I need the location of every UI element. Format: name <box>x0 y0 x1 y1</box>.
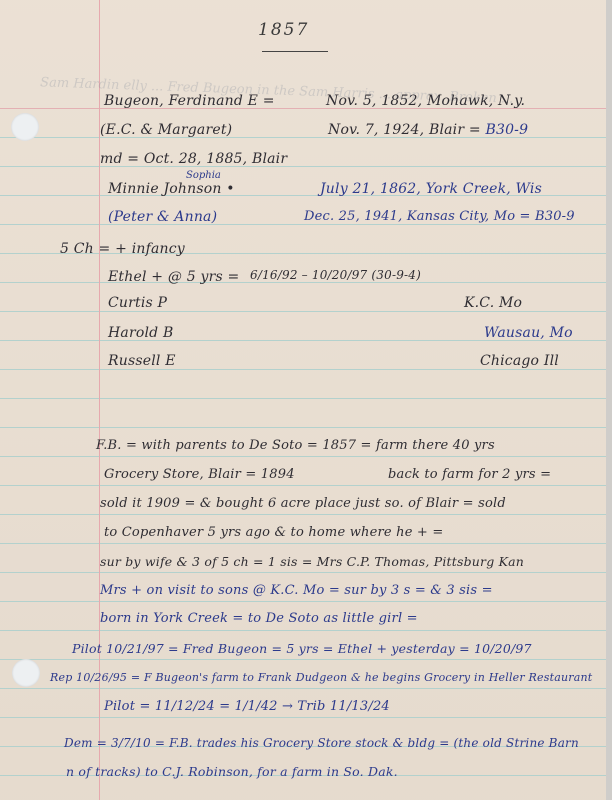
punch-hole-top <box>11 113 39 141</box>
ruled-line <box>0 398 606 399</box>
scan-edge <box>606 0 612 800</box>
child-name: Harold B <box>108 324 173 342</box>
husband-death-text: Nov. 7, 1924, Blair = <box>328 122 481 138</box>
wife-parents: (Peter & Anna) <box>108 208 217 226</box>
ruled-line <box>0 485 606 486</box>
marriage: md = Oct. 28, 1885, Blair <box>100 150 287 168</box>
wife-birth: July 21, 1862, York Creek, Wis <box>320 180 542 198</box>
wife-surname: Johnson • <box>163 181 234 197</box>
children-header: 5 Ch = + infancy <box>60 240 185 258</box>
ruled-line <box>0 717 606 718</box>
narrative-line: born in York Creek = to De Soto as littl… <box>100 610 418 628</box>
narrative-line: back to farm for 2 yrs = <box>388 466 551 484</box>
page-title: 1857 <box>258 20 309 40</box>
note-line: Dem = 3/7/10 = F.B. trades his Grocery S… <box>64 734 579 752</box>
child-name: Russell E <box>108 352 176 370</box>
child-name: Ethel + @ 5 yrs = <box>108 268 239 286</box>
narrative-line: F.B. = with parents to De Soto = 1857 = … <box>96 437 495 455</box>
child-place: Wausau, Mo <box>484 324 573 342</box>
child-place: K.C. Mo <box>464 294 522 312</box>
husband-name: Bugeon, Ferdinand E = <box>104 92 275 110</box>
ruled-line <box>0 630 606 631</box>
narrative-line: Mrs + on visit to sons @ K.C. Mo = sur b… <box>100 582 493 600</box>
note-line: Pilot = 11/12/24 = 1/1/42 → Trib 11/13/2… <box>104 698 390 716</box>
note-line: n of tracks) to C.J. Robinson, for a far… <box>66 763 398 781</box>
husband-parents: (E.C. & Margaret) <box>100 121 232 139</box>
ruled-line <box>0 572 606 573</box>
punch-hole-bottom <box>12 659 40 687</box>
ruled-line <box>0 427 606 428</box>
child-place: Chicago Ill <box>480 352 559 370</box>
ruled-line <box>0 601 606 602</box>
ruled-line <box>0 166 606 167</box>
ruled-line <box>0 659 606 660</box>
ruled-line <box>0 514 606 515</box>
child-name: Curtis P <box>108 294 167 312</box>
notebook-page: 1857 Sam Hardin elly ... Fred Bugeon in … <box>0 0 606 800</box>
wife-name: Minnie Johnson • <box>108 180 235 198</box>
narrative-line: Grocery Store, Blair = 1894 <box>104 466 295 484</box>
ruled-line <box>0 543 606 544</box>
note-line: Pilot 10/21/97 = Fred Bugeon = 5 yrs = E… <box>72 640 532 658</box>
wife-first-name: Minnie <box>108 181 159 197</box>
ruled-line <box>0 688 606 689</box>
narrative-line: sold it 1909 = & bought 6 acre place jus… <box>100 495 506 513</box>
husband-burial-ref: B30-9 <box>485 122 528 138</box>
narrative-line: to Copenhaver 5 yrs ago & to home where … <box>104 524 443 542</box>
ruled-line <box>0 456 606 457</box>
husband-birth: Nov. 5, 1852, Mohawk, N.y. <box>326 92 525 110</box>
child-detail: 6/16/92 – 10/20/97 (30-9-4) <box>250 266 421 284</box>
narrative-line: sur by wife & 3 of 5 ch = 1 sis = Mrs C.… <box>100 553 524 571</box>
wife-death: Dec. 25, 1941, Kansas City, Mo = B30-9 <box>304 208 575 226</box>
note-line: Rep 10/26/95 = F Bugeon's farm to Frank … <box>50 669 592 687</box>
husband-death: Nov. 7, 1924, Blair = B30-9 <box>328 121 528 139</box>
title-underline <box>262 51 328 52</box>
